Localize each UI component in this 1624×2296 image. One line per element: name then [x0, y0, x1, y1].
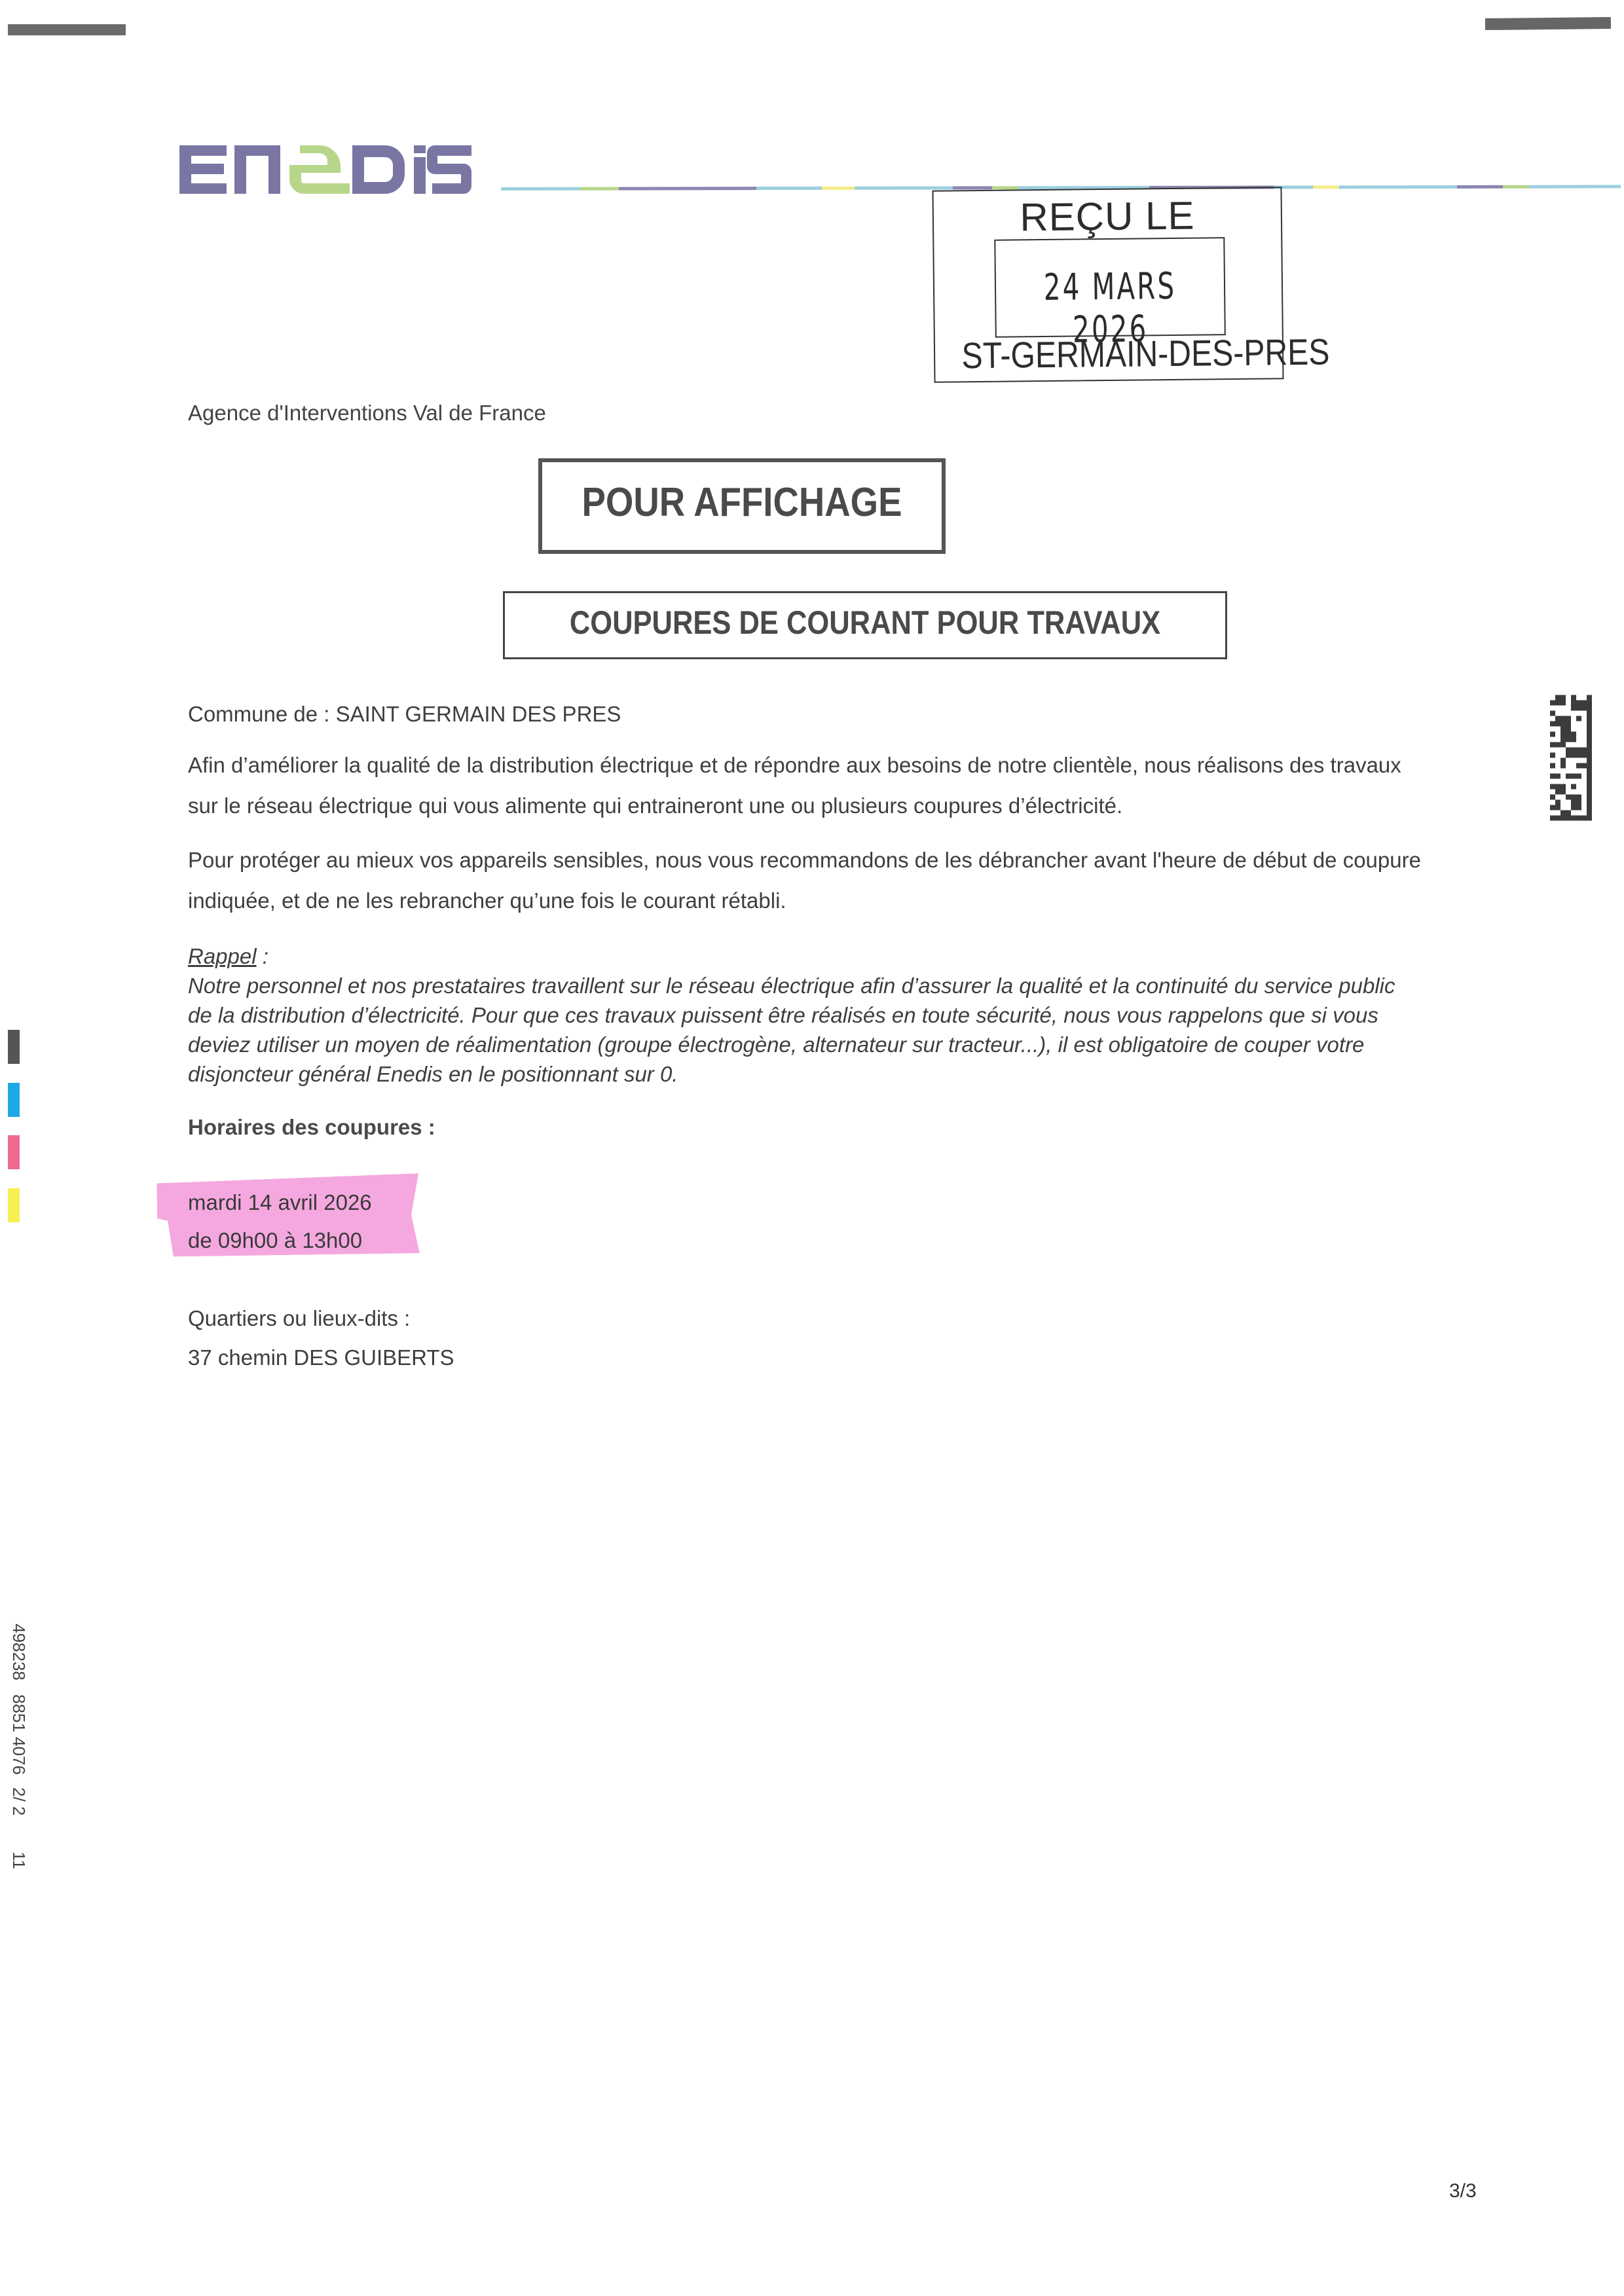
stamp-date-box: 24 MARS 2026: [994, 237, 1226, 338]
side-code-part: 11: [9, 1851, 29, 1869]
outage-time: de 09h00 à 13h00: [188, 1228, 362, 1253]
side-code-part: 498238: [9, 1624, 29, 1681]
datamatrix-code-icon: [1550, 694, 1592, 822]
registration-mark-top-left: [8, 24, 126, 35]
subject-box: COUPURES DE COURANT POUR TRAVAUX: [503, 591, 1227, 659]
intro-paragraph: Afin d’améliorer la qualité de la distri…: [188, 745, 1498, 826]
paragraph-line: Pour protéger au mieux vos appareils sen…: [188, 840, 1498, 881]
stamp-place: ST-GERMAIN-DES-PRES: [961, 331, 1255, 377]
reminder-line: disjoncteur général Enedis en le positio…: [188, 1059, 1498, 1089]
reminder-title: Rappel: [188, 944, 257, 968]
paragraph-line: sur le réseau électrique qui vous alimen…: [188, 786, 1498, 826]
commune-line: Commune de : SAINT GERMAIN DES PRES: [188, 702, 621, 727]
reminder-line: de la distribution d’électricité. Pour q…: [188, 1000, 1498, 1030]
reminder-line: deviez utiliser un moyen de réalimentati…: [188, 1030, 1498, 1059]
display-notice-box: POUR AFFICHAGE: [538, 458, 946, 554]
enedis-logo: [175, 140, 477, 199]
color-mark-black: [8, 1030, 20, 1064]
reminder-title-suffix: :: [257, 944, 268, 968]
advice-paragraph: Pour protéger au mieux vos appareils sen…: [188, 840, 1498, 921]
color-mark-yellow: [8, 1188, 20, 1222]
stamp-title: REÇU LE: [934, 192, 1282, 241]
agency-name: Agence d'Interventions Val de France: [188, 401, 546, 426]
outage-date: mardi 14 avril 2026: [188, 1190, 372, 1215]
reminder-line: Notre personnel et nos prestataires trav…: [188, 971, 1498, 1000]
subject-heading: COUPURES DE COURANT POUR TRAVAUX: [552, 604, 1179, 642]
display-notice-heading: POUR AFFICHAGE: [566, 479, 918, 526]
reminder-title-line: Rappel :: [188, 941, 1498, 971]
side-code-part: 8851 4076: [9, 1694, 29, 1775]
color-mark-cyan: [8, 1083, 20, 1117]
registration-mark-top-right: [1485, 17, 1611, 30]
location-item: 37 chemin DES GUIBERTS: [188, 1345, 454, 1370]
page-number: 3/3: [1449, 2180, 1477, 2202]
schedule-label: Horaires des coupures :: [188, 1115, 435, 1140]
side-tracking-code: 498238 8851 4076 2/ 2 11: [7, 1624, 33, 1886]
locations-label: Quartiers ou lieux-dits :: [188, 1306, 410, 1331]
received-stamp: REÇU LE 24 MARS 2026 ST-GERMAIN-DES-PRES: [932, 187, 1283, 383]
reminder-section: Rappel : Notre personnel et nos prestata…: [188, 941, 1498, 1089]
side-code-part: 2/ 2: [9, 1787, 29, 1815]
paragraph-line: Afin d’améliorer la qualité de la distri…: [188, 745, 1498, 786]
color-mark-magenta: [8, 1135, 20, 1169]
paragraph-line: indiquée, et de ne les rebrancher qu’une…: [188, 881, 1498, 921]
